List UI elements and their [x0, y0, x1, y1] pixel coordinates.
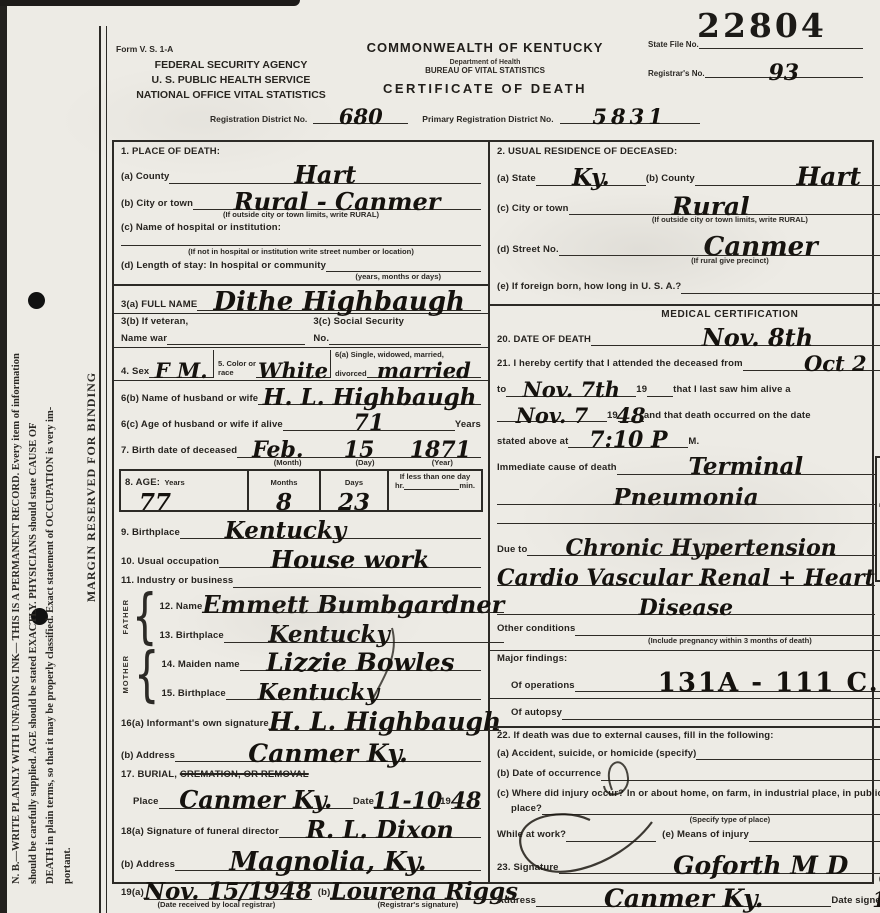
race-field: White [256, 359, 330, 378]
attended-from-value: Oct 2 [804, 355, 867, 373]
date-of-death-value: Nov. 8th [702, 328, 813, 348]
other-conditions-label: Other conditions [497, 623, 575, 635]
city-field: Rural - Canmer [193, 189, 481, 210]
birthplace-label: 9. Birthplace [121, 527, 180, 539]
last-seen-value: Nov. 7 [516, 407, 589, 425]
last-seen-field: Nov. 7 [497, 404, 607, 423]
place-of-death-title: 1. PLACE OF DEATH: [121, 146, 481, 158]
page-top-shadow [0, 0, 300, 6]
occupation-value: House work [270, 550, 429, 570]
left-column: 1. PLACE OF DEATH: (a) County Hart (b) C… [114, 142, 490, 882]
reg-district-label: Registration District No. [210, 114, 307, 124]
immediate-cause-field2: Pneumonia [497, 485, 875, 506]
informant-sig-value: H. L. Highbaugh [269, 711, 501, 732]
immediate-cause-label: Immediate cause of death [497, 462, 617, 474]
res-county-field: Hart [695, 163, 880, 185]
immediate-cause-value1: Terminal [688, 457, 803, 477]
binding-rule [99, 26, 107, 913]
due-to-field3: Disease [497, 596, 875, 616]
hospital-field [121, 245, 481, 246]
margin-note-line: N. B.—WRITE PLAINLY WITH UNFADING INK— T… [8, 62, 25, 884]
stated-above-label: stated above at [497, 436, 568, 448]
hr-field [404, 486, 459, 490]
funeral-addr-value: Magnolia, Ky. [229, 851, 426, 873]
certify-line1: 21. I hereby certify that I attended the… [497, 358, 743, 370]
burial-title: 17. BURIAL, CREMATION, OR REMOVAL [121, 769, 481, 781]
birthdate-label: 7. Birth date of deceased [121, 445, 237, 457]
father-name-label: 12. Name [159, 601, 202, 613]
to-year-prefix: 19 [636, 384, 647, 396]
while-at-work-label: While at work? [497, 829, 566, 841]
physician-sig-label: 23. Signature [497, 862, 559, 874]
mother-side-label: MOTHER [121, 655, 132, 694]
state-file-field [699, 45, 863, 49]
received-label: 19(a) [121, 887, 144, 899]
department-line: Department of Health [350, 59, 620, 66]
mother-birthplace-label: 15. Birthplace [161, 688, 225, 700]
while-at-work-field [566, 838, 656, 842]
accident-label: (a) Accident, suicide, or homicide (spec… [497, 748, 696, 760]
date-signed-value: 11-17-48 [872, 891, 880, 909]
father-birthplace-label: 13. Birthplace [159, 630, 223, 642]
spouse-age-field: 71 [283, 411, 455, 431]
res-street-field: Canmer [559, 233, 880, 256]
father-name-field: Emmett Bumbgardner [202, 592, 504, 613]
death-certificate-scan: N. B.—WRITE PLAINLY WITH UNFADING INK— T… [0, 0, 880, 913]
birthdate-day-field: 15 [318, 438, 399, 458]
spouse-age-label: 6(c) Age of husband or wife if alive [121, 419, 283, 431]
right-column: 2. USUAL RESIDENCE OF DECEASED: (a) Stat… [490, 142, 880, 882]
immediate-cause-field: Terminal [617, 454, 875, 475]
to-year-field [647, 393, 673, 397]
marital-label2: divorced [335, 369, 367, 378]
age-years-value: 77 [139, 493, 243, 513]
age-months-cell: Months 8 [249, 471, 321, 511]
mother-birthplace-field: Kentucky [226, 680, 481, 701]
primary-district-label: Primary Registration District No. [422, 114, 553, 124]
funeral-director-value: R. L. Dixon [306, 820, 454, 840]
fullname-label: 3(a) FULL NAME [121, 299, 197, 311]
sex-label: 4. Sex [121, 366, 149, 378]
race-value: White [258, 362, 328, 380]
physician-sig-value: Goforth M D [673, 855, 848, 876]
due-to-value1: Chronic Hypertension [565, 539, 836, 558]
time-of-death-field: 7:10 P [568, 428, 688, 448]
informant-addr-field: Canmer Ky. [175, 740, 481, 762]
burial-place-value: Canmer Ky. [179, 790, 332, 810]
bureau-line: BUREAU OF VITAL STATISTICS [350, 66, 620, 75]
informant-addr-value: Canmer Ky. [248, 743, 407, 764]
registrar-no-field: 93 [705, 58, 863, 78]
received-value: Nov. 15/1948 [144, 882, 312, 902]
immediate-cause-value2: Pneumonia [613, 488, 758, 508]
cause-blank-line [497, 520, 875, 524]
form-number: Form V. S. 1-A [116, 44, 346, 54]
certify-line2b: that I last saw him alive a [673, 384, 791, 396]
stay-label: (d) Length of stay: In hospital or commu… [121, 260, 326, 272]
res-city-field: Rural [569, 193, 880, 215]
rule [490, 650, 880, 651]
veteran-war-field [167, 341, 305, 345]
injury-place-field [542, 811, 880, 815]
funeral-addr-field: Magnolia, Ky. [175, 848, 481, 871]
agency-line: NATIONAL OFFICE VITAL STATISTICS [116, 88, 346, 103]
county-label: (a) County [121, 171, 169, 183]
hr-label: hr. [395, 481, 404, 490]
burial-year-value: 48 [451, 792, 482, 811]
res-city-value: Rural [672, 196, 750, 217]
means-of-injury-field [749, 838, 880, 842]
spouse-label: 6(b) Name of husband or wife [121, 393, 258, 405]
registrar-sig-value: Lourena Riggs [330, 882, 518, 902]
margin-note-line: portant. [59, 62, 76, 884]
mother-brace: { [134, 640, 159, 709]
stay-note: (years, months or days) [121, 272, 481, 281]
primary-district-value: 5831 [592, 108, 666, 126]
mother-name-field: Lizzie Bowles [240, 649, 481, 671]
agency-line: U. S. PUBLIC HEALTH SERVICE [116, 73, 346, 88]
registrar-no-value: 93 [768, 64, 799, 83]
due-to-label: Due to [497, 544, 527, 556]
res-street-value: Canmer [704, 236, 818, 258]
autopsy-field [562, 716, 880, 720]
race-cell: 5. Color orrace White [213, 350, 330, 378]
foreign-field [681, 290, 880, 294]
date-of-death-field: Nov. 8th [591, 325, 880, 346]
cause-of-death-block: DURATION 3 days Immediate cause of death… [497, 454, 880, 615]
state-file-label: State File No. [648, 40, 699, 49]
to-label: to [497, 384, 506, 396]
sex-value: F M. [155, 362, 208, 380]
hospital-note: (If not in hospital or institution write… [121, 247, 481, 256]
mother-birthplace-value: Kentucky [258, 683, 380, 703]
page-edge-shadow [0, 0, 7, 913]
informant-addr-label: (b) Address [121, 750, 175, 762]
veteran-label: 3(b) If veteran, [121, 316, 305, 328]
ssn-no-label: No. [313, 333, 329, 345]
medical-certification-title: MEDICAL CERTIFICATION [497, 308, 880, 321]
last-year-value: 48 [616, 407, 645, 425]
certificate-title: CERTIFICATE OF DEATH [350, 81, 620, 96]
registrar-no-label: Registrar's No. [648, 69, 705, 78]
city-label: (b) City or town [121, 198, 193, 210]
issuing-agency-block: Form V. S. 1-A FEDERAL SECURITY AGENCY U… [116, 44, 346, 103]
funeral-director-label: 18(a) Signature of funeral director [121, 826, 279, 838]
occupation-label: 10. Usual occupation [121, 556, 219, 568]
attended-from-field: Oct 2 [743, 352, 880, 371]
age-less-cell: If less than one day hr. min. [389, 471, 481, 511]
county-field: Hart [169, 162, 481, 183]
ssn-label: 3(c) Social Security [313, 316, 481, 328]
due-to-value2: Cardio Vascular Renal + Heart [497, 569, 875, 588]
birthdate-day: 15 [344, 441, 375, 460]
means-of-injury-label: (e) Means of injury [656, 829, 749, 841]
residence-title: 2. USUAL RESIDENCE OF DECEASED: [497, 146, 880, 158]
physician-addr-value: Canmer Ky. [604, 888, 763, 909]
commonwealth-title: COMMONWEALTH OF KENTUCKY [350, 40, 620, 55]
age-days-value: 23 [325, 493, 383, 513]
registrar-received-block: 19(a) Nov. 15/1948 (Date received by loc… [121, 879, 312, 909]
res-state-label: (a) State [497, 173, 536, 185]
father-group: FATHER { 12. Name Emmett Bumbgardner 13.… [121, 592, 481, 643]
title-block: COMMONWEALTH OF KENTUCKY Department of H… [350, 40, 620, 96]
marital-cell: 6(a) Single, widowed, married, divorced … [330, 350, 481, 378]
section-rule [490, 726, 880, 728]
injury-where-label: (c) Where did injury occur? In or about … [497, 788, 880, 800]
birthplace-field: Kentucky [180, 518, 481, 539]
birthdate-year-field: 1871 [400, 438, 481, 458]
burial-date-label: Date [353, 796, 374, 808]
stay-field [326, 268, 481, 272]
age-box: 8. AGE: Years 77 Months 8 Days 23 If les… [119, 469, 483, 513]
last-year-field: 48 [618, 404, 644, 423]
due-to-field2: Cardio Vascular Renal + Heart [497, 566, 875, 586]
date-of-death-label: 20. DATE OF DEATH [497, 334, 591, 346]
burial-date-field: 11-10 [374, 789, 440, 809]
res-city-label: (c) City or town [497, 203, 569, 215]
operations-field: 131A - 111 C. [575, 669, 880, 692]
father-birthplace-value: Kentucky [268, 625, 390, 645]
res-state-field: Ky. [536, 165, 646, 186]
operations-label: Of operations [497, 680, 575, 692]
min-label: min. [459, 481, 475, 490]
file-number-block: State File No. Registrar's No. 93 [648, 40, 863, 87]
rule [490, 698, 880, 699]
sex-field: F M. [149, 359, 213, 378]
external-causes-title: 22. If death was due to external causes,… [497, 730, 880, 742]
primary-district-field: 5831 [560, 105, 700, 124]
father-birthplace-field: Kentucky [224, 622, 504, 643]
race-label: 5. Color orrace [218, 360, 256, 377]
mother-group: MOTHER { 14. Maiden name Lizzie Bowles 1… [121, 649, 481, 701]
age-months-label: Months [271, 478, 298, 487]
certificate-form: 1. PLACE OF DEATH: (a) County Hart (b) C… [112, 140, 874, 884]
certify-line3b: and that death occurred on the date [644, 410, 811, 422]
attended-to-field: Nov. 7th [506, 378, 636, 397]
res-state-value: Ky. [572, 168, 610, 188]
duration-box: DURATION 3 days [875, 456, 880, 582]
birthplace-value: Kentucky [225, 521, 347, 541]
other-conditions-note: (Include pregnancy within 3 months of de… [497, 636, 880, 645]
physician-addr-field: Canmer Ky. [536, 885, 831, 907]
father-name-value: Emmett Bumbgardner [202, 595, 504, 615]
res-county-value: Hart [797, 166, 862, 187]
burial-date-value: 11-10 [372, 792, 442, 811]
margin-note-line: should be carefully supplied. AGE should… [25, 62, 42, 884]
burial-struck-options: CREMATION, OR REMOVAL [180, 769, 309, 780]
section-rule [490, 304, 880, 306]
mother-name-label: 14. Maiden name [161, 659, 239, 671]
margin-instructions: N. B.—WRITE PLAINLY WITH UNFADING INK— T… [8, 62, 82, 884]
section-rule [114, 284, 488, 286]
rule [114, 347, 488, 348]
res-county-label: (b) County [646, 173, 695, 185]
industry-field [233, 584, 481, 588]
margin-binding-label: MARGIN RESERVED FOR BINDING [82, 322, 100, 652]
birthdate-month: Feb. [252, 441, 303, 460]
spouse-age-suffix: Years [455, 419, 481, 431]
ssn-field [329, 341, 481, 345]
other-conditions-field [575, 632, 880, 636]
age-months-value: 8 [253, 493, 315, 513]
physician-sig-field: Goforth M D [559, 852, 880, 874]
informant-sig-field: H. L. Highbaugh [269, 708, 501, 730]
due-to-value3: Disease [639, 599, 733, 618]
mother-name-value: Lizzie Bowles [266, 652, 454, 673]
spouse-value: H. L. Highbaugh [263, 388, 477, 408]
accident-field [696, 756, 880, 760]
due-to-field1: Chronic Hypertension [527, 536, 874, 556]
injury-place-note: (Specify type of place) [497, 815, 880, 824]
age-label: 8. AGE: [125, 477, 160, 488]
veteran-block: 3(b) If veteran, Name war [121, 316, 305, 345]
spouse-field: H. L. Highbaugh [258, 385, 481, 406]
marital-field: married [367, 359, 481, 378]
res-street-label: (d) Street No. [497, 244, 559, 256]
burial-year-field: 48 [451, 789, 481, 809]
registration-district-row: Registration District No. 680 Primary Re… [210, 105, 830, 124]
meridiem-label: M. [688, 436, 699, 448]
county-value: Hart [294, 165, 356, 185]
duration-value: 3 days [876, 481, 880, 511]
agency-line: FEDERAL SECURITY AGENCY [116, 58, 346, 73]
age-years-cell: 8. AGE: Years 77 [121, 471, 249, 511]
received-field: Nov. 15/1948 [144, 879, 312, 900]
birthdate-year: 1871 [410, 441, 471, 460]
registrar-sig-label: (b) [318, 887, 331, 899]
foreign-label: (e) If foreign born, how long in U. S. A… [497, 281, 681, 293]
age-days-cell: Days 23 [321, 471, 389, 511]
age-years-label: Years [164, 478, 184, 487]
attended-to-value: Nov. 7th [523, 381, 621, 399]
ssn-block: 3(c) Social Security No. [305, 316, 481, 345]
father-side-label: FATHER [121, 599, 130, 634]
burial-place-field: Canmer Ky. [159, 787, 353, 808]
city-value: Rural - Canmer [234, 192, 441, 212]
less-than-day-label: If less than one day [395, 472, 475, 481]
funeral-addr-label: (b) Address [121, 859, 175, 871]
birthdate-month-field: Feb. [237, 438, 318, 458]
margin-note-line: DEATH in plain terms, so that it may be … [42, 62, 59, 884]
injury-place-label: place? [497, 803, 542, 815]
autopsy-label: Of autopsy [497, 707, 562, 719]
occurrence-date-field [601, 777, 880, 781]
fullname-field: Dithe Highbaugh [197, 288, 481, 311]
occurrence-date-label: (b) Date of occurrence [497, 768, 601, 780]
res-street-note: (If rural give precinct) [497, 256, 880, 265]
reg-district-value: 680 [339, 108, 383, 126]
sex-cell: 4. Sex F M. [121, 350, 213, 378]
registrar-sig-field: Lourena Riggs [330, 879, 518, 900]
informant-sig-label: 16(a) Informant's own signature [121, 718, 269, 730]
veteran-war-label: Name war [121, 333, 167, 345]
age-days-label: Days [345, 478, 363, 487]
fullname-value: Dithe Highbaugh [213, 291, 464, 313]
marital-value: married [377, 362, 471, 380]
occupation-field: House work [219, 547, 481, 568]
hospital-label: (c) Name of hospital or institution: [121, 222, 481, 234]
reg-district-field: 680 [313, 105, 408, 124]
time-of-death-value: 7:10 P [589, 431, 667, 450]
burial-place-label: Place [121, 796, 159, 808]
physician-addr-label: Address [497, 895, 536, 907]
spouse-age-value: 71 [354, 414, 385, 433]
operations-value: 131A - 111 C. [658, 672, 880, 694]
registrar-sig-block: (b) Lourena Riggs (Registrar's signature… [312, 879, 518, 909]
major-findings-label: Major findings: [497, 653, 880, 665]
funeral-director-field: R. L. Dixon [279, 817, 481, 838]
